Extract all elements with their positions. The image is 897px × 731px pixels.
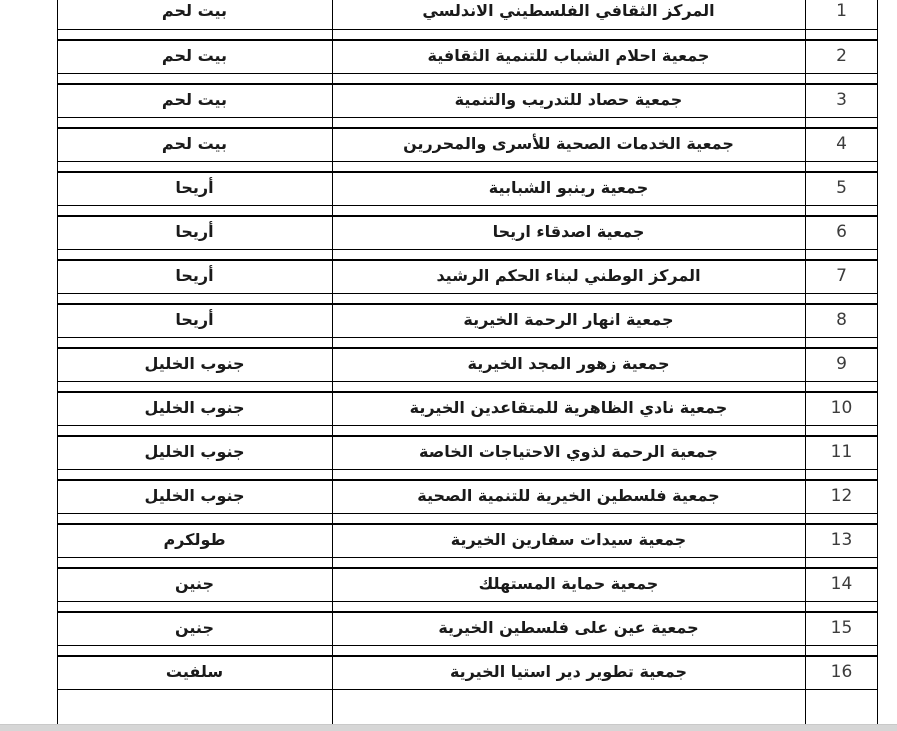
table-left-border bbox=[57, 0, 58, 724]
row-number-cell: 2 bbox=[805, 41, 878, 73]
row-number-cell: 6 bbox=[805, 217, 878, 249]
governorate-cell: أريحا bbox=[57, 173, 332, 205]
governorate-column-border bbox=[332, 0, 333, 724]
row-number-cell: 16 bbox=[805, 657, 878, 689]
association-name-cell: جمعية الخدمات الصحية للأسرى والمحررين bbox=[332, 129, 805, 161]
table-row: جنوب الخليل جمعية فلسطين الخيرية للتنمية… bbox=[57, 479, 878, 514]
governorate-cell: جنوب الخليل bbox=[57, 437, 332, 469]
governorate-cell: جنوب الخليل bbox=[57, 349, 332, 381]
association-name-cell: جمعية حصاد للتدريب والتنمية bbox=[332, 85, 805, 117]
row-number-cell: 10 bbox=[805, 393, 878, 425]
governorate-cell: بيت لحم bbox=[57, 129, 332, 161]
number-column-border bbox=[805, 0, 806, 724]
row-number-cell: 7 bbox=[805, 261, 878, 293]
governorate-cell: بيت لحم bbox=[57, 85, 332, 117]
table-row: أريحا المركز الوطني لبناء الحكم الرشيد 7 bbox=[57, 259, 878, 294]
association-name-cell: جمعية سيدات سفارين الخيرية bbox=[332, 525, 805, 557]
row-number-cell: 5 bbox=[805, 173, 878, 205]
association-name-cell: جمعية تطوير دير استيا الخيرية bbox=[332, 657, 805, 689]
association-name-cell: جمعية نادي الظاهرية للمتقاعدين الخيرية bbox=[332, 393, 805, 425]
governorate-cell: طولكرم bbox=[57, 525, 332, 557]
row-number-cell: 4 bbox=[805, 129, 878, 161]
governorate-cell: جنوب الخليل bbox=[57, 393, 332, 425]
association-name-cell: جمعية فلسطين الخيرية للتنمية الصحية bbox=[332, 481, 805, 513]
table-row: جنوب الخليل جمعية زهور المجد الخيرية 9 bbox=[57, 347, 878, 382]
horizontal-scrollbar[interactable] bbox=[0, 724, 897, 731]
associations-table: بيت لحم المركز الثقافي الفلسطيني الاندلس… bbox=[57, 0, 878, 731]
governorate-cell: جنين bbox=[57, 613, 332, 645]
governorate-cell: بيت لحم bbox=[57, 41, 332, 73]
association-name-cell: جمعية اصدقاء اريحا bbox=[332, 217, 805, 249]
association-name-cell: المركز الوطني لبناء الحكم الرشيد bbox=[332, 261, 805, 293]
row-number-cell: 13 bbox=[805, 525, 878, 557]
table-row: بيت لحم جمعية حصاد للتدريب والتنمية 3 bbox=[57, 83, 878, 118]
association-name-cell: جمعية عين على فلسطين الخيرية bbox=[332, 613, 805, 645]
association-name-cell: جمعية رينبو الشبابية bbox=[332, 173, 805, 205]
table-row: جنوب الخليل جمعية الرحمة لذوي الاحتياجات… bbox=[57, 435, 878, 470]
association-name-cell: المركز الثقافي الفلسطيني الاندلسي bbox=[332, 0, 805, 29]
row-number-cell: 3 bbox=[805, 85, 878, 117]
association-name-cell: جمعية زهور المجد الخيرية bbox=[332, 349, 805, 381]
row-number-cell: 9 bbox=[805, 349, 878, 381]
governorate-cell: أريحا bbox=[57, 305, 332, 337]
row-number-cell: 12 bbox=[805, 481, 878, 513]
row-number-cell: 11 bbox=[805, 437, 878, 469]
association-name-cell: جمعية انهار الرحمة الخيرية bbox=[332, 305, 805, 337]
governorate-cell: جنوب الخليل bbox=[57, 481, 332, 513]
row-number-cell: 1 bbox=[805, 0, 878, 29]
table-row: جنين جمعية حماية المستهلك 14 bbox=[57, 567, 878, 602]
governorate-cell: أريحا bbox=[57, 261, 332, 293]
association-name-cell: جمعية احلام الشباب للتنمية الثقافية bbox=[332, 41, 805, 73]
governorate-cell: أريحا bbox=[57, 217, 332, 249]
table-row: بيت لحم جمعية الخدمات الصحية للأسرى والم… bbox=[57, 127, 878, 162]
table-row: بيت لحم جمعية احلام الشباب للتنمية الثقا… bbox=[57, 39, 878, 74]
page: بيت لحم المركز الثقافي الفلسطيني الاندلس… bbox=[0, 0, 897, 731]
governorate-cell: سلفيت bbox=[57, 657, 332, 689]
row-number-cell: 8 bbox=[805, 305, 878, 337]
table-right-border bbox=[877, 0, 878, 724]
governorate-cell: جنين bbox=[57, 569, 332, 601]
table-row: أريحا جمعية انهار الرحمة الخيرية 8 bbox=[57, 303, 878, 338]
row-number-cell: 14 bbox=[805, 569, 878, 601]
table-row: جنوب الخليل جمعية نادي الظاهرية للمتقاعد… bbox=[57, 391, 878, 426]
association-name-cell: جمعية حماية المستهلك bbox=[332, 569, 805, 601]
table-row: أريحا جمعية رينبو الشبابية 5 bbox=[57, 171, 878, 206]
table-body: بيت لحم المركز الثقافي الفلسطيني الاندلس… bbox=[57, 0, 878, 690]
table-row: طولكرم جمعية سيدات سفارين الخيرية 13 bbox=[57, 523, 878, 558]
table-row: أريحا جمعية اصدقاء اريحا 6 bbox=[57, 215, 878, 250]
table-row: جنين جمعية عين على فلسطين الخيرية 15 bbox=[57, 611, 878, 646]
table-row: بيت لحم المركز الثقافي الفلسطيني الاندلس… bbox=[57, 0, 878, 30]
row-number-cell: 15 bbox=[805, 613, 878, 645]
governorate-cell: بيت لحم bbox=[57, 0, 332, 29]
association-name-cell: جمعية الرحمة لذوي الاحتياجات الخاصة bbox=[332, 437, 805, 469]
table-row: سلفيت جمعية تطوير دير استيا الخيرية 16 bbox=[57, 655, 878, 690]
